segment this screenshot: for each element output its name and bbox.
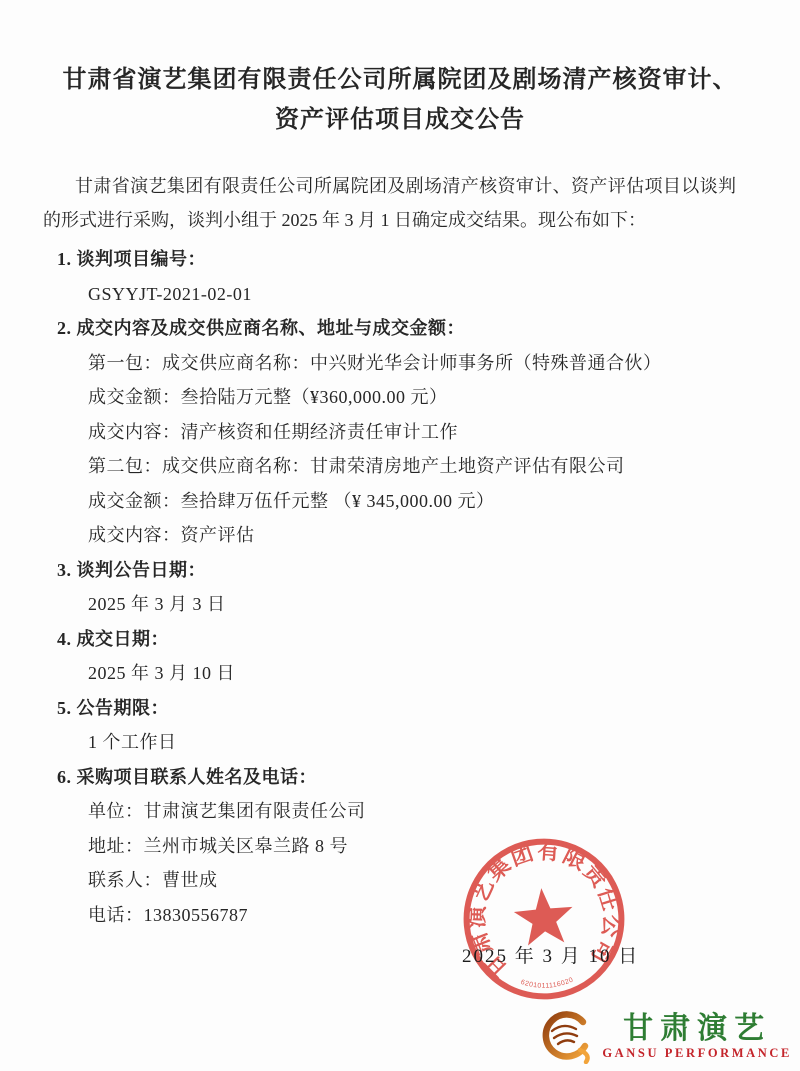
- contact-phone: 电话：13830556787: [88, 898, 740, 933]
- title-line-1: 甘肃省演艺集团有限责任公司所属院团及剧场清产核资审计、: [40, 60, 760, 100]
- document-page: 甘肃省演艺集团有限责任公司所属院团及剧场清产核资审计、 资产评估项目成交公告 甘…: [0, 0, 800, 1071]
- section-heading-project-number: 1. 谈判项目编号：: [57, 242, 740, 277]
- package1-content: 成交内容：清产核资和任期经济责任审计工作: [88, 415, 740, 450]
- logo-text-block: 甘肃演艺 GANSU PERFORMANCE: [602, 1013, 792, 1061]
- company-seal: 甘肃演艺集团有限责任公司 6201011116020: [451, 826, 637, 1012]
- contact-unit: 单位：甘肃演艺集团有限责任公司: [88, 794, 740, 829]
- package2-amount: 成交金额：叁拾肆万伍仟元整 （¥ 345,000.00 元）: [88, 484, 740, 519]
- intro-paragraph: 甘肃省演艺集团有限责任公司所属院团及剧场清产核资审计、资产评估项目以谈判的形式进…: [43, 170, 736, 237]
- section-heading-announcement-date: 3. 谈判公告日期：: [57, 553, 740, 588]
- logo-chinese-name: 甘肃演艺: [623, 1013, 771, 1045]
- package2-content: 成交内容：资产评估: [88, 518, 740, 553]
- package2-supplier: 第二包：成交供应商名称：甘肃荣清房地产土地资产评估有限公司: [88, 449, 740, 484]
- announcement-sections: 1. 谈判项目编号： GSYYJT-2021-02-01 2. 成交内容及成交供…: [57, 242, 740, 932]
- package1-amount: 成交金额：叁拾陆万元整（¥360,000.00 元）: [88, 380, 740, 415]
- section-heading-notice-period: 5. 公告期限：: [57, 691, 740, 726]
- package1-supplier: 第一包：成交供应商名称：中兴财光华会计师事务所（特殊普通合伙）: [88, 346, 740, 381]
- section-heading-award-details: 2. 成交内容及成交供应商名称、地址与成交金额：: [57, 311, 740, 346]
- contact-person: 联系人：曹世成: [88, 863, 740, 898]
- phoenix-swirl-icon: [536, 1010, 594, 1064]
- project-number-value: GSYYJT-2021-02-01: [88, 277, 740, 312]
- award-date-value: 2025 年 3 月 10 日: [88, 656, 740, 691]
- section-heading-contact: 6. 采购项目联系人姓名及电话：: [57, 760, 740, 795]
- star-icon: [512, 886, 575, 947]
- svg-text:6201011116020: 6201011116020: [519, 974, 575, 992]
- contact-address: 地址：兰州市城关区皋兰路 8 号: [88, 829, 740, 864]
- document-title: 甘肃省演艺集团有限责任公司所属院团及剧场清产核资审计、 资产评估项目成交公告: [40, 60, 760, 140]
- company-seal-graphic: 甘肃演艺集团有限责任公司 6201011116020: [451, 826, 637, 1012]
- notice-period-value: 1 个工作日: [88, 725, 740, 760]
- gansu-performance-logo: 甘肃演艺 GANSU PERFORMANCE: [536, 1010, 792, 1064]
- seal-date: 2025 年 3 月 10 日: [462, 941, 639, 968]
- logo-english-name: GANSU PERFORMANCE: [602, 1045, 792, 1061]
- announcement-date-value: 2025 年 3 月 3 日: [88, 587, 740, 622]
- seal-code: 6201011116020: [519, 974, 575, 992]
- title-line-2: 资产评估项目成交公告: [40, 100, 760, 140]
- section-heading-award-date: 4. 成交日期：: [57, 622, 740, 657]
